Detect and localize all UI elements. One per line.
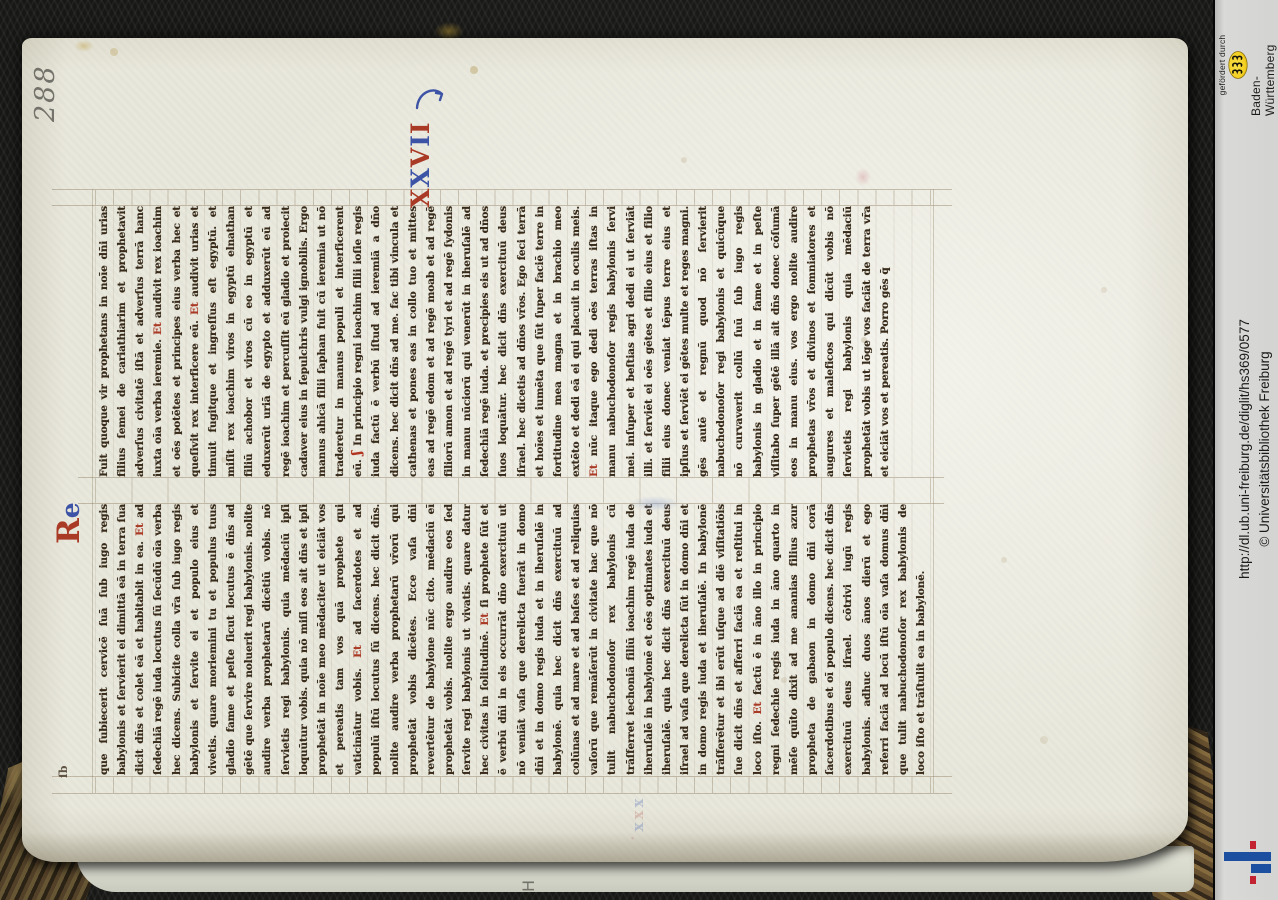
body-text: audivit urias et timuit fugitque et ingr… <box>189 206 364 477</box>
funder-logo-bar-short <box>1251 864 1271 873</box>
letter-x: x <box>629 820 647 832</box>
letter-v: V <box>406 147 435 167</box>
body-text: In principio <box>352 373 364 446</box>
scanned-manuscript-viewer: Fuit quoque vir prophetans in noīe dn̄i … <box>0 0 1278 900</box>
text-column-1-script: Fuit quoque vir prophetans in noīe dn̄i … <box>95 206 932 477</box>
running-title: Re <box>46 452 92 544</box>
letter-r: R <box>51 518 87 544</box>
pencil-mark: H <box>518 866 540 892</box>
rubric-text: Et <box>352 635 364 658</box>
rubric-text: Et <box>189 297 201 315</box>
source-url: http://dl.ub.uni-freiburg.de/diglit/hs36… <box>1235 210 1255 688</box>
funder-logo-dot-top <box>1250 841 1256 849</box>
rubric-text: Et <box>588 456 600 477</box>
rubric-text: Et <box>752 695 764 714</box>
body-text: factū ē in āno illo in principio regni ſ… <box>752 504 927 775</box>
letter-x: X <box>406 167 435 187</box>
letter-i: I <box>406 134 435 147</box>
foxing-specks <box>22 38 26 42</box>
funding-organization: Baden-Württemberg <box>1249 14 1277 116</box>
text-column-1: Fuit quoque vir prophetans in noīe dn̄i … <box>95 206 932 477</box>
baden-wuerttemberg-coat-of-arms-icon <box>1228 46 1248 84</box>
body-text: ad ſacerdotes et ad populū iſtū locutus … <box>352 504 491 775</box>
rubric-text: Et <box>134 518 146 536</box>
funding-credit-block: gefördert durch Baden-Württemberg <box>1217 14 1277 116</box>
body-text: Porro gēs q̄ <box>879 267 891 334</box>
ruling-ticks <box>95 190 932 205</box>
ruling-line <box>933 189 934 793</box>
text-column-2-script: que ſubiecerit cervicē ſuā ſub iugo regi… <box>95 504 932 775</box>
letter-x: x <box>629 808 647 820</box>
ruling-line <box>92 189 93 793</box>
quire-signature-mark: ſb <box>56 752 72 778</box>
chapter-paraph-flourish <box>414 84 446 114</box>
folio-number-pencil: 288 <box>26 52 66 122</box>
letter-i: I <box>406 121 435 134</box>
copyright-line: © Universitätsbibliothek Freiburg <box>1255 210 1275 688</box>
letter-˙: ˙ <box>629 832 647 843</box>
body-text: que ſubiecerit cervicē ſuā ſub iugo regi… <box>98 504 146 775</box>
faded-quire-marks: ˙xxx <box>627 772 649 842</box>
funder-logo-bar-long <box>1224 852 1271 861</box>
letter-x: X <box>406 188 435 208</box>
rubric-text: ʃ <box>350 446 365 455</box>
body-text: regni ioachim filii ioſie regis iuda fac… <box>352 206 582 477</box>
body-text: nūc itaque ego dedi oēs terras iſtas in … <box>588 206 891 477</box>
ruling-ticks <box>95 777 932 793</box>
funder-logo-dot-bottom <box>1250 876 1256 884</box>
source-credit-block: http://dl.ub.uni-freiburg.de/diglit/hs36… <box>1235 210 1277 688</box>
rubric-text: Et <box>479 608 491 626</box>
body-text: ad ſedechiā regē iuda locutus ſū ſecūdū … <box>134 504 364 775</box>
text-column-2: que ſubiecerit cervicē ſuā ſub iugo regi… <box>95 504 932 775</box>
ruling-ticks <box>95 478 932 503</box>
funding-label: gefördert durch <box>1217 35 1227 96</box>
letter-e: e <box>56 502 85 518</box>
rubric-text: Et <box>152 318 164 335</box>
body-text: ſi prophete ſūt et ē verbū dn̄i in eis o… <box>479 504 763 775</box>
letter-x: x <box>629 796 647 808</box>
ruling-line <box>52 793 952 794</box>
